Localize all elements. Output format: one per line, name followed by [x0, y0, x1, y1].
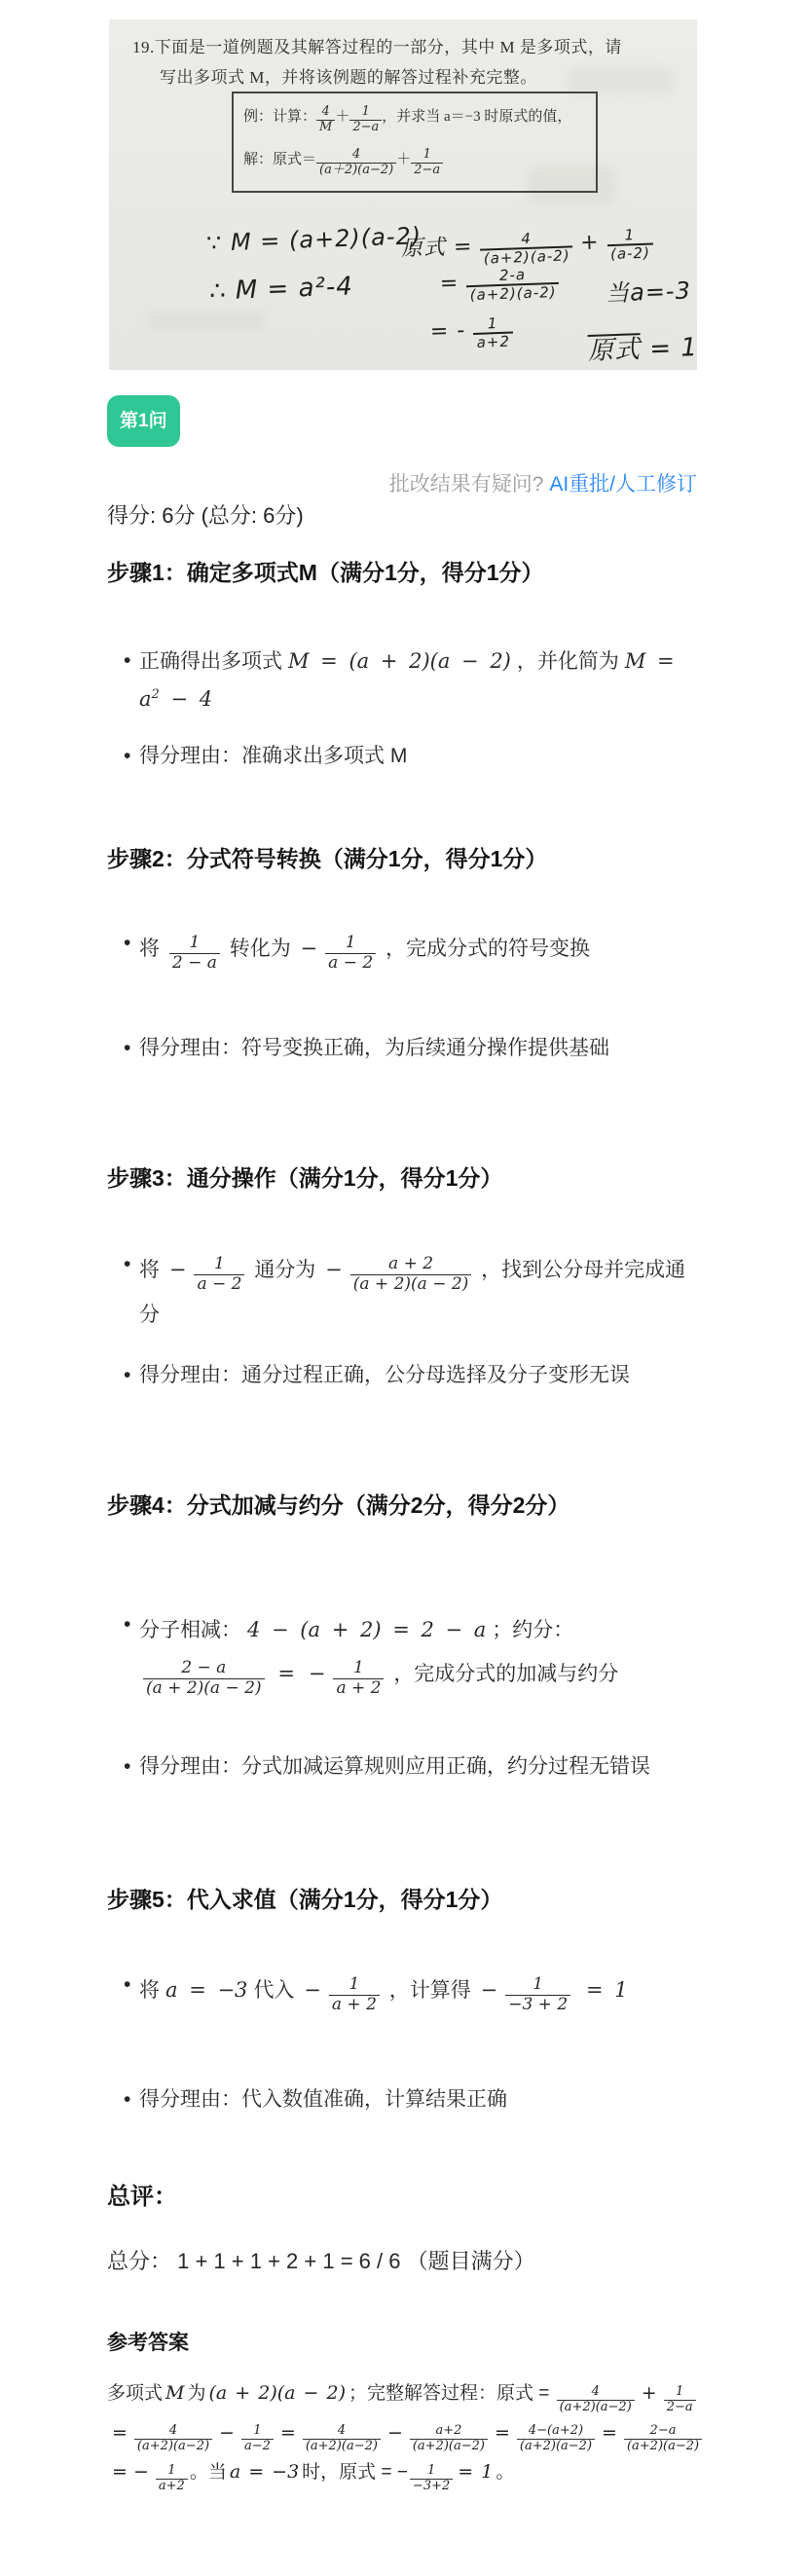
handwriting-line2b: = 2-a(a+2)(a-2) — [439, 266, 560, 306]
paper-smudge — [148, 312, 265, 331]
fraction: 4(a+2)(a−2) — [134, 2424, 212, 2454]
list-item: 将 −1a − 2 通分为 −a + 2(a + 2)(a − 2) ，找到公分… — [124, 1248, 700, 1337]
list-item: 将a = −3代入 −1a + 2 ，计算得 −1−3 + 2 = 1 — [124, 1969, 700, 2014]
example-line: 例：计算：4M＋12−a，并求当 a＝−3 时原式的值， — [243, 105, 571, 135]
handwriting-note: 当a=-3 — [605, 271, 691, 308]
step4-bullet1: 分子相减：4 − (a + 2) = 2 − a；约分： 2 − a(a + 2… — [139, 1608, 700, 1698]
fraction: 12−a — [664, 2385, 696, 2415]
minus-sign: − — [169, 1258, 187, 1281]
fraction: 4(a+2)(a−2) — [303, 2424, 381, 2454]
example-box: 例：计算：4M＋12−a，并求当 a＝−3 时原式的值， 解：原式＝4(a＋2)… — [232, 92, 598, 193]
fraction: a + 2(a + 2)(a − 2) — [350, 1255, 472, 1294]
fraction: 4(a+2)(a−2) — [557, 2385, 635, 2415]
manual-revision-link[interactable]: 人工修订 — [615, 473, 697, 496]
grading-result-page: 19.下面是一道例题及其解答过程的一部分，其中 M 是多项式，请 写出多项式 M… — [0, 0, 808, 2576]
math-expression: M — [165, 2382, 184, 2404]
minus-sign: − — [304, 1978, 321, 2002]
fraction: a+2(a+2)(a−2) — [410, 2424, 488, 2454]
list-item: 得分理由：代入数值准确，计算结果正确 — [124, 2083, 700, 2116]
list-item: 正确得出多项式M = (a + 2)(a − 2)，并化简为M = a2 − 4 — [124, 644, 700, 717]
fraction: 4M — [316, 105, 335, 135]
fraction: 1−3+2 — [410, 2464, 453, 2494]
minus-sign: − — [301, 937, 318, 960]
equals-sign: = — [277, 1662, 295, 1685]
fraction: 12−a — [349, 105, 382, 135]
fraction: 2 − a(a + 2)(a − 2) — [143, 1659, 265, 1698]
fraction: 2−a(a+2)(a−2) — [624, 2424, 702, 2454]
review-question-text: 批改结果有疑问? — [389, 473, 544, 496]
step3-title: 步骤3：通分操作（满分1分，得分1分） — [107, 1160, 703, 1196]
math-expression: = 1 — [458, 2461, 493, 2483]
fraction: 1a − 2 — [194, 1255, 244, 1294]
solution-prefix: 解：原式＝ — [243, 152, 316, 167]
question-badge: 第1问 — [107, 395, 180, 447]
fraction: 4(a+2)(a-2) — [480, 229, 573, 268]
math-expression: 4 − (a + 2) = 2 − a — [247, 1618, 486, 1641]
step4-bullet2: 得分理由：分式加减运算规则应用正确，约分过程无错误 — [139, 1750, 700, 1784]
math-expression: (a + 2)(a − 2) — [209, 2382, 346, 2404]
reference-paragraph: 多项式M为(a + 2)(a − 2)；完整解答过程：原式 = 4(a+2)(a… — [107, 2375, 705, 2494]
minus-sign: − — [325, 1258, 343, 1281]
step1-bullet1: 正确得出多项式M = (a + 2)(a − 2)，并化简为M = a2 − 4 — [139, 644, 700, 717]
list-item: 将 12 − a 转化为 −1a − 2 ，完成分式的符号变换 — [124, 927, 700, 973]
fraction: 4(a＋2)(a−2) — [316, 148, 396, 178]
problem-text-line2: 写出多项式 M，并将该例题的解答过程补充完整。 — [160, 63, 537, 88]
handwriting-line1: ∵ M = (a+2)(a-2) — [206, 222, 422, 257]
fraction: 12 − a — [169, 934, 220, 973]
step5-title: 步骤5：代入求值（满分1分，得分1分） — [107, 1882, 703, 1917]
handwriting-line3: = - 1a+2 — [429, 315, 513, 353]
summary-title: 总评： — [107, 2177, 177, 2211]
fraction: 2-a(a+2)(a-2) — [466, 266, 560, 305]
fraction: 1a+2 — [473, 315, 514, 352]
summary-total-line: 总分： 1 + 1 + 1 + 2 + 1 = 6 / 6 （题目满分） — [107, 2245, 535, 2275]
list-item: 得分理由：通分过程正确，公分母选择及分子变形无误 — [124, 1359, 700, 1392]
step2-bullet2: 得分理由：符号变换正确，为后续通分操作提供基础 — [139, 1032, 700, 1065]
math-expression: M = (a + 2)(a − 2) — [288, 649, 511, 673]
fraction: 1a + 2 — [333, 1659, 384, 1698]
minus-sign: − — [481, 1978, 498, 2002]
list-item: 得分理由：分式加减运算规则应用正确，约分过程无错误 — [124, 1750, 700, 1784]
solution-line: 解：原式＝4(a＋2)(a−2)＋12−a — [243, 148, 443, 178]
plus-sign: ＋ — [396, 152, 411, 167]
reference-title: 参考答案 — [107, 2327, 189, 2356]
paper-smudge — [567, 68, 674, 93]
fraction: 1(a-2) — [606, 226, 653, 263]
minus-sign: − — [309, 1662, 326, 1685]
step2-bullet1: 将 12 − a 转化为 −1a − 2 ，完成分式的符号变换 — [139, 927, 700, 973]
step1-bullet2: 得分理由：准确求出多项式 M — [139, 740, 700, 773]
list-item: 得分理由：符号变换正确，为后续通分操作提供基础 — [124, 1032, 700, 1065]
step5-bullet1: 将a = −3代入 −1a + 2 ，计算得 −1−3 + 2 = 1 — [139, 1969, 700, 2014]
handwriting-line2: ∴ M = a²-4 — [209, 272, 354, 306]
fraction: 1a+2 — [156, 2464, 188, 2494]
ai-regrade-link[interactable]: AI重批 — [549, 473, 609, 496]
fraction: 1a + 2 — [329, 1975, 380, 2014]
plus-sign: + — [580, 230, 600, 255]
fraction: 1a−2 — [241, 2424, 274, 2454]
list-item: 得分理由：准确求出多项式 M — [124, 740, 700, 773]
step3-bullet2: 得分理由：通分过程正确，公分母选择及分子变形无误 — [139, 1359, 700, 1392]
fraction: 4−(a+2)(a+2)(a−2) — [517, 2424, 595, 2454]
fraction: 12−a — [411, 148, 443, 178]
problem-text-line1: 19.下面是一道例题及其解答过程的一部分，其中 M 是多项式，请 — [132, 33, 622, 57]
example-prefix: 例：计算： — [243, 109, 316, 125]
example-suffix: ，并求当 a＝−3 时原式的值， — [382, 109, 571, 125]
handwriting-result: 原式 = 1 — [587, 327, 698, 367]
math-expression: a = −3 — [165, 1978, 247, 2002]
problem-photo: 19.下面是一道例题及其解答过程的一部分，其中 M 是多项式，请 写出多项式 M… — [109, 19, 697, 370]
math-expression: = 1 — [586, 1978, 628, 2002]
step3-bullet1: 将 −1a − 2 通分为 −a + 2(a + 2)(a − 2) ，找到公分… — [139, 1248, 700, 1337]
step1-title: 步骤1：确定多项式M（满分1分，得分1分） — [107, 555, 703, 590]
plus-sign: ＋ — [335, 109, 349, 125]
fraction: 1a − 2 — [325, 934, 376, 973]
math-expression: a = −3 — [230, 2461, 299, 2483]
step2-title: 步骤2：分式符号转换（满分1分，得分1分） — [107, 841, 703, 876]
step4-title: 步骤4：分式加减与约分（满分2分，得分2分） — [107, 1488, 703, 1523]
fraction: 1−3 + 2 — [505, 1975, 570, 2014]
score-line: 得分: 6分 (总分: 6分) — [107, 499, 304, 530]
review-bar: 批改结果有疑问? AI重批/人工修订 — [389, 468, 697, 497]
handwriting-line1b: 原式 = 4(a+2)(a-2) + 1(a-2) — [400, 223, 653, 271]
step5-bullet2: 得分理由：代入数值准确，计算结果正确 — [139, 2083, 700, 2116]
list-item: 分子相减：4 − (a + 2) = 2 − a；约分： 2 − a(a + 2… — [124, 1608, 700, 1698]
